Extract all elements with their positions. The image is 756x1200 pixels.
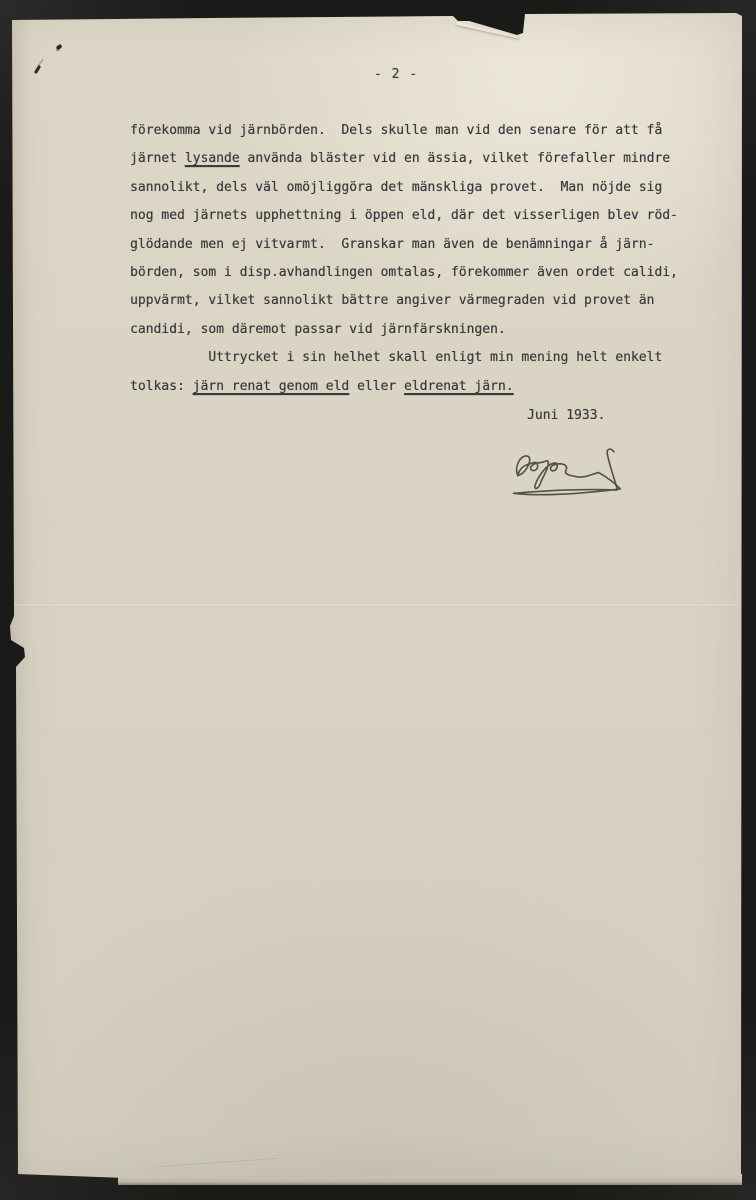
text-line: förekomma vid järnbörden. Dels skulle ma… <box>130 117 690 145</box>
page-number: - 2 - <box>374 67 418 82</box>
ink-tick-mark <box>34 65 41 74</box>
text-line: järnet lysande använda bläster vid en äs… <box>130 145 690 173</box>
text-line: uppvärmt, vilket sannolikt bättre angive… <box>130 287 690 315</box>
paper-tear <box>456 22 519 39</box>
date-line: Juni 1933. <box>527 408 605 423</box>
document-page: - 2 - förekomma vid järnbörden. Dels sku… <box>10 12 742 1180</box>
text-line: tolkas: järn renat genom eld eller eldre… <box>130 373 690 401</box>
bottom-crease <box>158 1158 278 1167</box>
text-line: sannolikt, dels väl omöjliggöra det mäns… <box>130 174 690 202</box>
ink-speck <box>55 44 62 50</box>
fold-crease <box>10 603 742 606</box>
text-line: Uttrycket i sin helhet skall enligt min … <box>130 344 690 372</box>
text-line: glödande men ej vitvarmt. Granskar man ä… <box>130 231 690 259</box>
text-line: nog med järnets upphettning i öppen eld,… <box>130 202 690 230</box>
text-line: börden, som i disp.avhandlingen omtalas,… <box>130 259 690 287</box>
handwritten-signature <box>508 442 626 502</box>
text-line: candidi, som däremot passar vid järnfärs… <box>130 316 690 344</box>
body-text: förekomma vid järnbörden. Dels skulle ma… <box>130 117 690 401</box>
